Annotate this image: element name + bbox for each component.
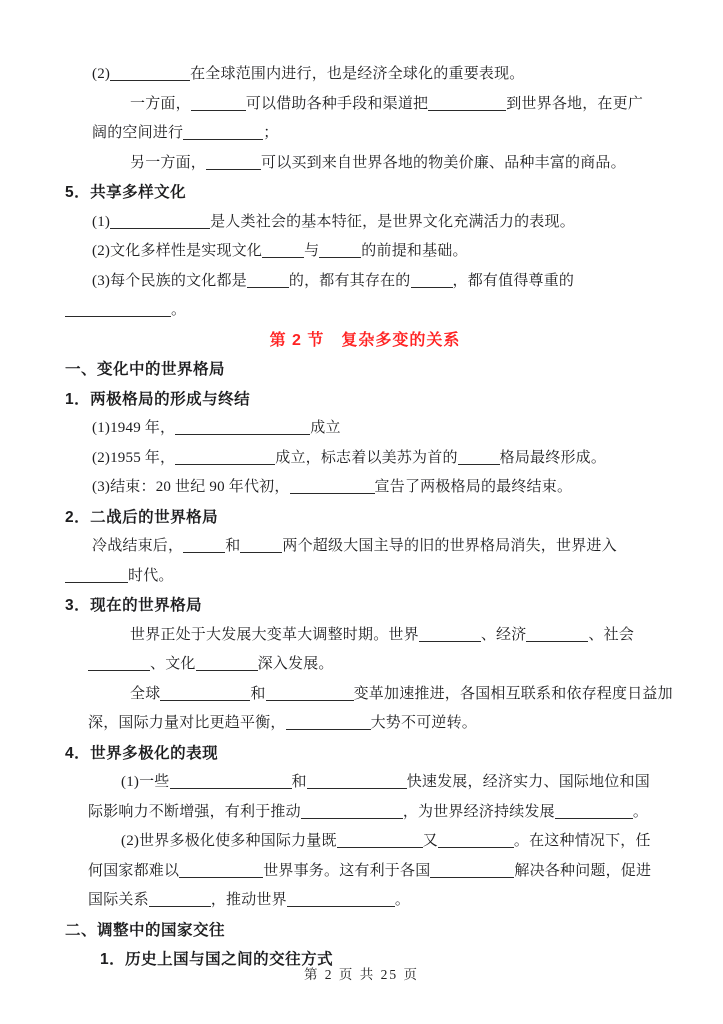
text-segment: 一、变化中的世界格局 xyxy=(65,361,225,378)
text-segment: 和 xyxy=(250,686,265,702)
text-line: 何国家都难以世界事务。这有利于各国解决各种问题，促进 xyxy=(65,857,665,887)
text-segment: 宣告了两极格局的最终结束。 xyxy=(375,479,573,495)
text-segment: 5．共享多样文化 xyxy=(65,184,186,201)
text-line: 深，国际力量对比更趋平衡，大势不可逆转。 xyxy=(65,709,665,739)
heading-line: 一、变化中的世界格局 xyxy=(65,355,665,385)
text-segment: 到世界各地，在更广 xyxy=(506,96,643,112)
text-segment: 深入发展。 xyxy=(258,656,334,672)
text-segment: 全球 xyxy=(130,686,160,702)
text-segment: 的前提和基础。 xyxy=(361,243,467,259)
text-segment: 两个超级大国主导的旧的世界格局消失，世界进入 xyxy=(282,538,616,554)
text-segment: 二、调整中的国家交往 xyxy=(65,922,225,939)
text-segment: (2)文化多样性是实现文化 xyxy=(92,243,262,259)
text-segment: 。在这种情况下，任 xyxy=(514,833,651,849)
fill-in-blank xyxy=(287,892,395,907)
text-segment: (1)一些 xyxy=(121,774,170,790)
text-segment: ，为世界经济持续发展 xyxy=(403,804,555,820)
text-line: 全球和变革加速推进，各国相互联系和依存程度日益加 xyxy=(65,680,665,710)
text-line: 阔的空间进行； xyxy=(65,119,665,149)
fill-in-blank xyxy=(65,302,171,317)
text-segment: 是人类社会的基本特征，是世界文化充满活力的表现。 xyxy=(210,214,575,230)
text-line: (1)一些和快速发展，经济实力、国际地位和国 xyxy=(65,768,665,798)
fill-in-blank xyxy=(458,450,500,465)
text-line: 时代。 xyxy=(65,562,665,592)
fill-in-blank xyxy=(175,420,310,435)
text-line: (2)1955 年，成立，标志着以美苏为首的格局最终形成。 xyxy=(65,444,665,474)
fill-in-blank xyxy=(65,568,128,583)
text-segment: 阔的空间进行 xyxy=(92,125,183,141)
text-segment: 2．二战后的世界格局 xyxy=(65,509,218,526)
text-segment: 冷战结束后， xyxy=(92,538,183,554)
text-segment: 深，国际力量对比更趋平衡， xyxy=(88,715,286,731)
fill-in-blank xyxy=(160,686,250,701)
fill-in-blank xyxy=(110,66,190,81)
text-line: (2)世界多极化使多种国际力量既又。在这种情况下，任 xyxy=(65,827,665,857)
text-line: 国际关系，推动世界。 xyxy=(65,886,665,916)
fill-in-blank xyxy=(428,96,506,111)
text-segment: 4．世界多极化的表现 xyxy=(65,745,218,762)
fill-in-blank xyxy=(191,96,246,111)
fill-in-blank xyxy=(307,774,407,789)
heading-line: 5．共享多样文化 xyxy=(65,178,665,208)
text-segment: (1) xyxy=(92,214,110,230)
text-segment: 、经济 xyxy=(481,627,527,643)
text-line: (1)是人类社会的基本特征，是世界文化充满活力的表现。 xyxy=(65,208,665,238)
fill-in-blank xyxy=(301,804,403,819)
text-line: (3)每个民族的文化都是的，都有其存在的，都有值得尊重的 xyxy=(65,267,665,297)
text-segment: 成立，标志着以美苏为首的 xyxy=(275,450,457,466)
text-line: 、文化深入发展。 xyxy=(65,650,665,680)
fill-in-blank xyxy=(526,627,588,642)
text-segment: (3)每个民族的文化都是 xyxy=(92,273,247,289)
text-segment: 另一方面， xyxy=(130,155,206,171)
section-title: 第 2 节 复杂多变的关系 xyxy=(65,326,665,356)
fill-in-blank xyxy=(419,627,481,642)
fill-in-blank xyxy=(319,243,361,258)
text-segment: 快速发展，经济实力、国际地位和国 xyxy=(407,774,650,790)
text-line: (2)文化多样性是实现文化与的前提和基础。 xyxy=(65,237,665,267)
fill-in-blank xyxy=(438,833,514,848)
text-segment: 变革加速推进，各国相互联系和依存程度日益加 xyxy=(354,686,673,702)
text-segment: ，都有值得尊重的 xyxy=(453,273,575,289)
fill-in-blank xyxy=(183,538,225,553)
text-segment: 。 xyxy=(633,804,648,820)
text-segment: 大势不可逆转。 xyxy=(371,715,477,731)
fill-in-blank xyxy=(262,243,304,258)
heading-line: 4．世界多极化的表现 xyxy=(65,739,665,769)
text-segment: 。 xyxy=(171,302,186,318)
fill-in-blank xyxy=(149,892,211,907)
text-segment: 3．现在的世界格局 xyxy=(65,597,202,614)
text-line: 冷战结束后，和两个超级大国主导的旧的世界格局消失，世界进入 xyxy=(65,532,665,562)
text-segment: 。 xyxy=(395,892,410,908)
page-number-footer: 第 2 页 共 25 页 xyxy=(0,963,723,983)
text-segment: 世界事务。这有利于各国 xyxy=(263,863,430,879)
text-line: 世界正处于大发展大变革大调整时期。世界、经济、社会 xyxy=(65,621,665,651)
text-segment: 可以借助各种手段和渠道把 xyxy=(246,96,428,112)
fill-in-blank xyxy=(290,479,375,494)
text-segment: 又 xyxy=(423,833,438,849)
fill-in-blank xyxy=(337,833,423,848)
text-segment: (2)1955 年， xyxy=(92,450,175,466)
text-segment: (2) xyxy=(92,66,110,82)
text-segment: 在全球范围内进行，也是经济全球化的重要表现。 xyxy=(190,66,524,82)
text-line: 。 xyxy=(65,296,665,326)
text-segment: 解决各种问题，促进 xyxy=(514,863,651,879)
heading-line: 1．两极格局的形成与终结 xyxy=(65,385,665,415)
document-page: (2)在全球范围内进行，也是经济全球化的重要表现。一方面，可以借助各种手段和渠道… xyxy=(0,0,723,1024)
fill-in-blank xyxy=(266,686,354,701)
text-segment: (2)世界多极化使多种国际力量既 xyxy=(121,833,337,849)
text-line: 另一方面，可以买到来自世界各地的物美价廉、品种丰富的商品。 xyxy=(65,149,665,179)
fill-in-blank xyxy=(240,538,282,553)
fill-in-blank xyxy=(179,863,263,878)
text-segment: 与 xyxy=(304,243,319,259)
text-segment: 的，都有其存在的 xyxy=(289,273,411,289)
text-segment: 格局最终形成。 xyxy=(500,450,606,466)
text-segment: 1．两极格局的形成与终结 xyxy=(65,391,250,408)
fill-in-blank xyxy=(110,214,210,229)
fill-in-blank xyxy=(430,863,514,878)
text-segment: 可以买到来自世界各地的物美价廉、品种丰富的商品。 xyxy=(261,155,626,171)
text-segment: 成立 xyxy=(310,420,340,436)
text-segment: ，推动世界 xyxy=(211,892,287,908)
text-line: 一方面，可以借助各种手段和渠道把到世界各地，在更广 xyxy=(65,90,665,120)
text-segment: 第 2 节 复杂多变的关系 xyxy=(270,332,461,349)
text-segment: 何国家都难以 xyxy=(88,863,179,879)
fill-in-blank xyxy=(206,155,261,170)
fill-in-blank xyxy=(247,273,289,288)
text-line: (3)结束：20 世纪 90 年代初，宣告了两极格局的最终结束。 xyxy=(65,473,665,503)
fill-in-blank xyxy=(411,273,453,288)
fill-in-blank xyxy=(286,715,371,730)
fill-in-blank xyxy=(175,450,275,465)
heading-line: 二、调整中的国家交往 xyxy=(65,916,665,946)
text-segment: ； xyxy=(263,125,278,141)
text-segment: 一方面， xyxy=(130,96,191,112)
document-body: (2)在全球范围内进行，也是经济全球化的重要表现。一方面，可以借助各种手段和渠道… xyxy=(65,60,665,975)
fill-in-blank xyxy=(555,804,633,819)
text-segment: 国际关系 xyxy=(88,892,149,908)
text-segment: 和 xyxy=(225,538,240,554)
text-segment: (3)结束：20 世纪 90 年代初， xyxy=(92,479,290,495)
text-segment: 际影响力不断增强，有利于推动 xyxy=(88,804,301,820)
heading-line: 3．现在的世界格局 xyxy=(65,591,665,621)
fill-in-blank xyxy=(183,125,263,140)
text-segment: 、文化 xyxy=(150,656,196,672)
fill-in-blank xyxy=(170,774,292,789)
text-segment: 和 xyxy=(292,774,307,790)
fill-in-blank xyxy=(196,656,258,671)
text-line: (1)1949 年，成立 xyxy=(65,414,665,444)
text-line: 际影响力不断增强，有利于推动，为世界经济持续发展。 xyxy=(65,798,665,828)
text-segment: 时代。 xyxy=(128,568,174,584)
text-line: (2)在全球范围内进行，也是经济全球化的重要表现。 xyxy=(65,60,665,90)
fill-in-blank xyxy=(88,656,150,671)
text-segment: (1)1949 年， xyxy=(92,420,175,436)
text-segment: 世界正处于大发展大变革大调整时期。世界 xyxy=(130,627,419,643)
text-segment: 、社会 xyxy=(588,627,634,643)
heading-line: 2．二战后的世界格局 xyxy=(65,503,665,533)
